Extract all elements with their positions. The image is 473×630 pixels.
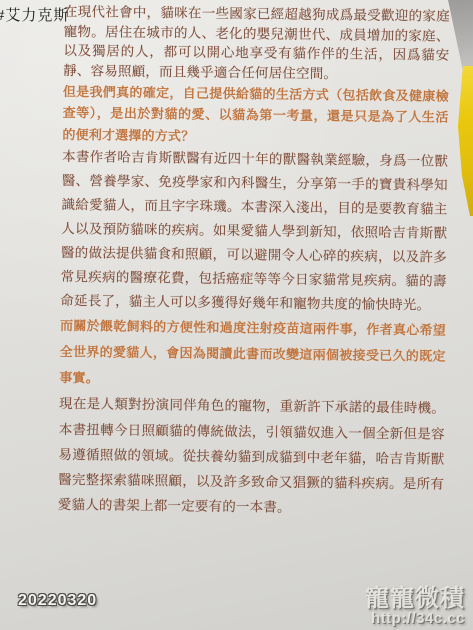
brand-watermark-url: http://34c.cc: [365, 611, 465, 627]
table-corner-background: [447, 0, 473, 72]
paragraph-author-background: 本書作者哈吉肯斯獸醫有近四十年的獸醫執業經驗，身爲一位獸醫、營養學家、免疫學家和…: [60, 145, 448, 318]
brand-watermark: 寵寵微積 http://34c.cc: [365, 586, 465, 627]
paragraph-closing: 現在是人類對扮演同伴角色的寵物，重新許下承諾的最佳時機。本書扭轉今日照顧貓的傳統…: [58, 391, 446, 522]
yellow-book-cover-edge: [457, 66, 473, 216]
hashtag-label: #艾力克斯: [0, 4, 69, 25]
paragraph-question-bold: 但是我們真的確定，自己提供給貓的生活方式（包括飲食及健康檢查等），是出於對貓的愛…: [62, 81, 449, 150]
paragraph-hope-bold: 而關於餵乾飼料的方便性和過度注射疫苗這兩件事，作者真心希望全世界的愛貓人，會因為…: [59, 313, 446, 396]
brand-watermark-name: 寵寵微積: [365, 586, 465, 611]
paragraph-intro: 在現代社會中，貓咪在一些國家已經超越狗成爲最受歡迎的家庭寵物。居住在城市的人、老…: [63, 2, 450, 86]
page-text-block: 在現代社會中，貓咪在一些國家已經超越狗成爲最受歡迎的家庭寵物。居住在城市的人、老…: [58, 2, 450, 522]
date-watermark: 20220320: [18, 592, 97, 610]
book-page-photo: #艾力克斯 在現代社會中，貓咪在一些國家已經超越狗成爲最受歡迎的家庭寵物。居住在…: [0, 0, 473, 630]
